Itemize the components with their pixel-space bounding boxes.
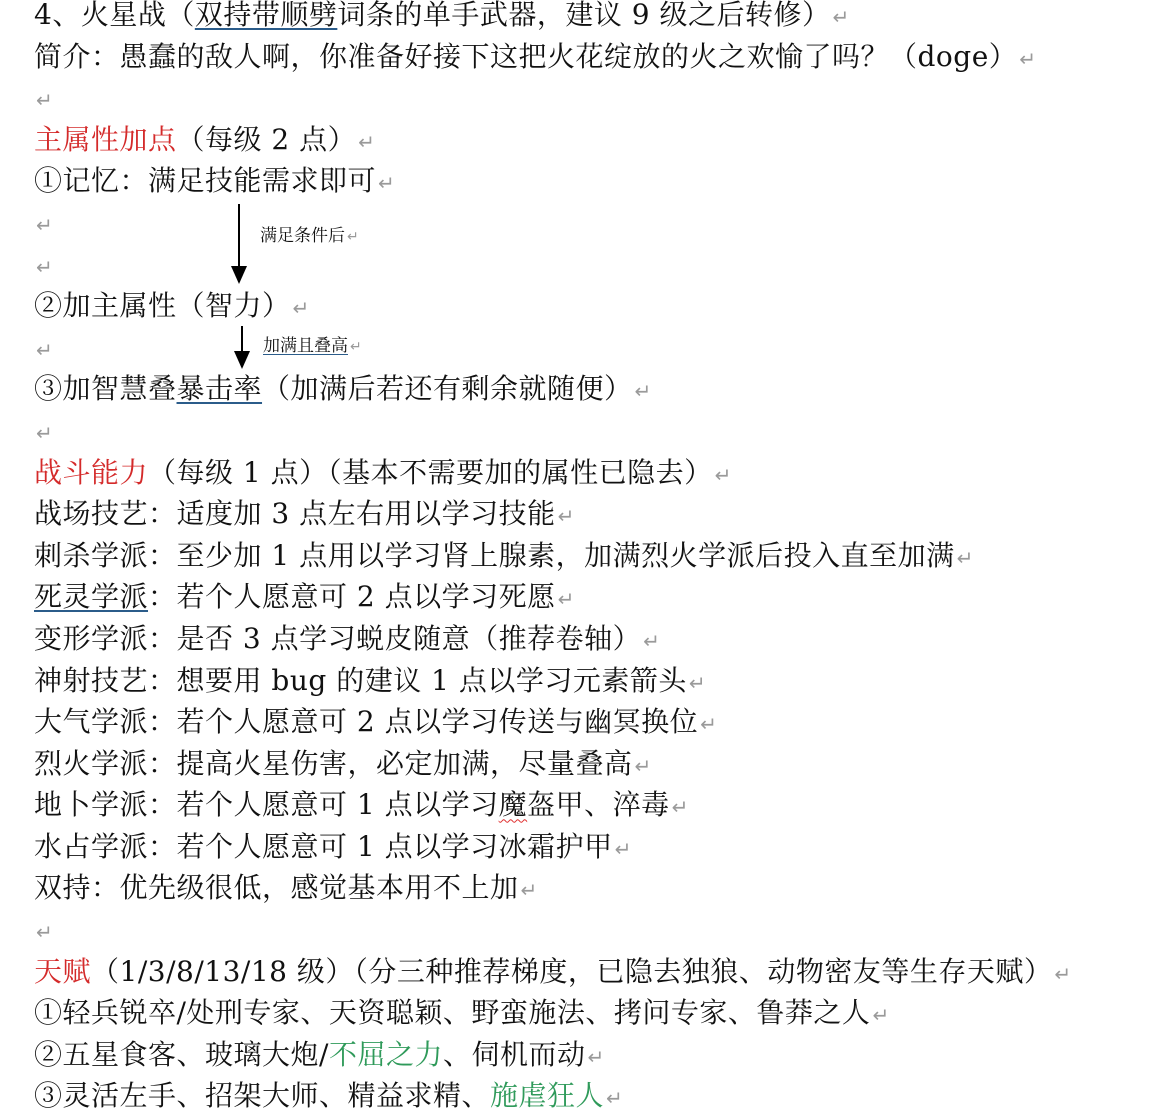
paragraph-mark-icon: ↵ bbox=[347, 229, 359, 245]
talent-tier-3: ③灵活左手、招架大师、精益求精、施虐狂人↵ bbox=[34, 1075, 1174, 1114]
paragraph-mark-icon: ↵ bbox=[635, 754, 652, 778]
paragraph-mark-icon: ↵ bbox=[689, 671, 706, 695]
empty-line: ↵ bbox=[34, 202, 1174, 244]
paragraph-mark-icon: ↵ bbox=[36, 920, 53, 944]
combat-item: 神射技艺：想要用 bug 的建议 1 点以学习元素箭头↵ bbox=[34, 660, 1174, 702]
combat-item: 刺杀学派：至少加 1 点用以学习肾上腺素，加满烈火学派后投入直至加满↵ bbox=[34, 535, 1174, 577]
paragraph-mark-icon: ↵ bbox=[635, 379, 652, 403]
arrow-label[interactable]: 满足条件后↵ bbox=[260, 221, 359, 246]
down-arrow-icon[interactable] bbox=[238, 204, 240, 282]
underlined-term: 暴击率 bbox=[177, 372, 263, 405]
underlined-term: 加满且叠高 bbox=[263, 336, 348, 356]
down-arrow-icon[interactable] bbox=[241, 326, 243, 367]
paragraph-mark-icon: ↵ bbox=[36, 213, 53, 237]
paragraph-mark-icon: ↵ bbox=[615, 837, 632, 861]
underlined-term: 死灵学派 bbox=[34, 580, 148, 613]
paragraph-mark-icon: ↵ bbox=[643, 629, 660, 653]
document-body[interactable]: 4、火星战（双持带顺劈词条的单手武器，建议 9 级之后转修）↵ 简介：愚蠢的敌人… bbox=[34, 0, 1174, 1114]
paragraph-mark-icon: ↵ bbox=[587, 1045, 604, 1069]
step-3: ③加智慧叠暴击率（加满后若还有剩余就随便）↵ bbox=[34, 368, 1174, 410]
paragraph-mark-icon: ↵ bbox=[832, 5, 849, 29]
empty-line: ↵ bbox=[34, 410, 1174, 452]
combat-item: 战场技艺：适度加 3 点左右用以学习技能↵ bbox=[34, 493, 1174, 535]
talent-tier-2: ②五星食客、玻璃大炮/不屈之力、伺机而动↵ bbox=[34, 1034, 1174, 1076]
paragraph-mark-icon: ↵ bbox=[378, 171, 395, 195]
combat-item: 烈火学派：提高火星伤害，必定加满，尽量叠高↵ bbox=[34, 743, 1174, 785]
highlighted-talent: 不屈之力 bbox=[329, 1038, 443, 1071]
paragraph-mark-icon: ↵ bbox=[672, 795, 689, 819]
combat-heading: 战斗能力（每级 1 点）（基本不需要加的属性已隐去）↵ bbox=[34, 452, 1174, 494]
paragraph-mark-icon: ↵ bbox=[558, 504, 575, 528]
paragraph-mark-icon: ↵ bbox=[358, 130, 375, 154]
combat-item: 变形学派：是否 3 点学习蜕皮随意（推荐卷轴）↵ bbox=[34, 618, 1174, 660]
paragraph-mark-icon: ↵ bbox=[872, 1003, 889, 1027]
paragraph-mark-icon: ↵ bbox=[715, 463, 732, 487]
paragraph-mark-icon: ↵ bbox=[36, 88, 53, 112]
combat-item: 死灵学派：若个人愿意可 2 点以学习死愿↵ bbox=[34, 576, 1174, 618]
highlighted-talent: 施虐狂人 bbox=[490, 1079, 604, 1112]
section-heading: 天赋 bbox=[34, 955, 91, 988]
combat-item: 双持：优先级很低，感觉基本用不上加↵ bbox=[34, 867, 1174, 909]
talents-heading: 天赋（1/3/8/13/18 级）（分三种推荐梯度，已隐去独狼、动物密友等生存天… bbox=[34, 951, 1174, 993]
main-attr-heading: 主属性加点（每级 2 点）↵ bbox=[34, 119, 1174, 161]
paragraph-mark-icon: ↵ bbox=[36, 338, 53, 362]
step-2: ②加主属性（智力）↵ bbox=[34, 285, 1174, 327]
paragraph-mark-icon: ↵ bbox=[36, 421, 53, 445]
talent-tier-1: ①轻兵锐卒/处刑专家、天资聪颖、野蛮施法、拷问专家、鲁莽之人↵ bbox=[34, 992, 1174, 1034]
underlined-term: 双持带顺劈 bbox=[195, 0, 338, 31]
step-1: ①记忆：满足技能需求即可↵ bbox=[34, 160, 1174, 202]
arrow-label[interactable]: 加满且叠高↵ bbox=[263, 331, 362, 356]
combat-item: 水占学派：若个人愿意可 1 点以学习冰霜护甲↵ bbox=[34, 826, 1174, 868]
empty-line: ↵ bbox=[34, 244, 1174, 286]
combat-item: 地卜学派：若个人愿意可 1 点以学习魔盔甲、淬毒↵ bbox=[34, 784, 1174, 826]
title-line: 4、火星战（双持带顺劈词条的单手武器，建议 9 级之后转修）↵ bbox=[34, 0, 1174, 36]
paragraph-mark-icon: ↵ bbox=[1054, 962, 1071, 986]
section-heading: 主属性加点 bbox=[34, 123, 177, 156]
paragraph-mark-icon: ↵ bbox=[1019, 47, 1036, 71]
empty-line: ↵ bbox=[34, 77, 1174, 119]
paragraph-mark-icon: ↵ bbox=[350, 339, 362, 355]
intro-line: 简介：愚蠢的敌人啊，你准备好接下这把火花绽放的火之欢愉了吗？（doge）↵ bbox=[34, 36, 1174, 78]
paragraph-mark-icon: ↵ bbox=[700, 712, 717, 736]
paragraph-mark-icon: ↵ bbox=[521, 878, 538, 902]
paragraph-mark-icon: ↵ bbox=[606, 1086, 623, 1110]
empty-line: ↵ bbox=[34, 909, 1174, 951]
paragraph-mark-icon: ↵ bbox=[36, 255, 53, 279]
empty-line: ↵ bbox=[34, 327, 1174, 369]
spellcheck-squiggle[interactable]: 魔 bbox=[499, 788, 528, 821]
paragraph-mark-icon: ↵ bbox=[293, 296, 310, 320]
paragraph-mark-icon: ↵ bbox=[558, 587, 575, 611]
section-heading: 战斗能力 bbox=[34, 456, 148, 489]
paragraph-mark-icon: ↵ bbox=[957, 546, 974, 570]
combat-item: 大气学派：若个人愿意可 2 点以学习传送与幽冥换位↵ bbox=[34, 701, 1174, 743]
